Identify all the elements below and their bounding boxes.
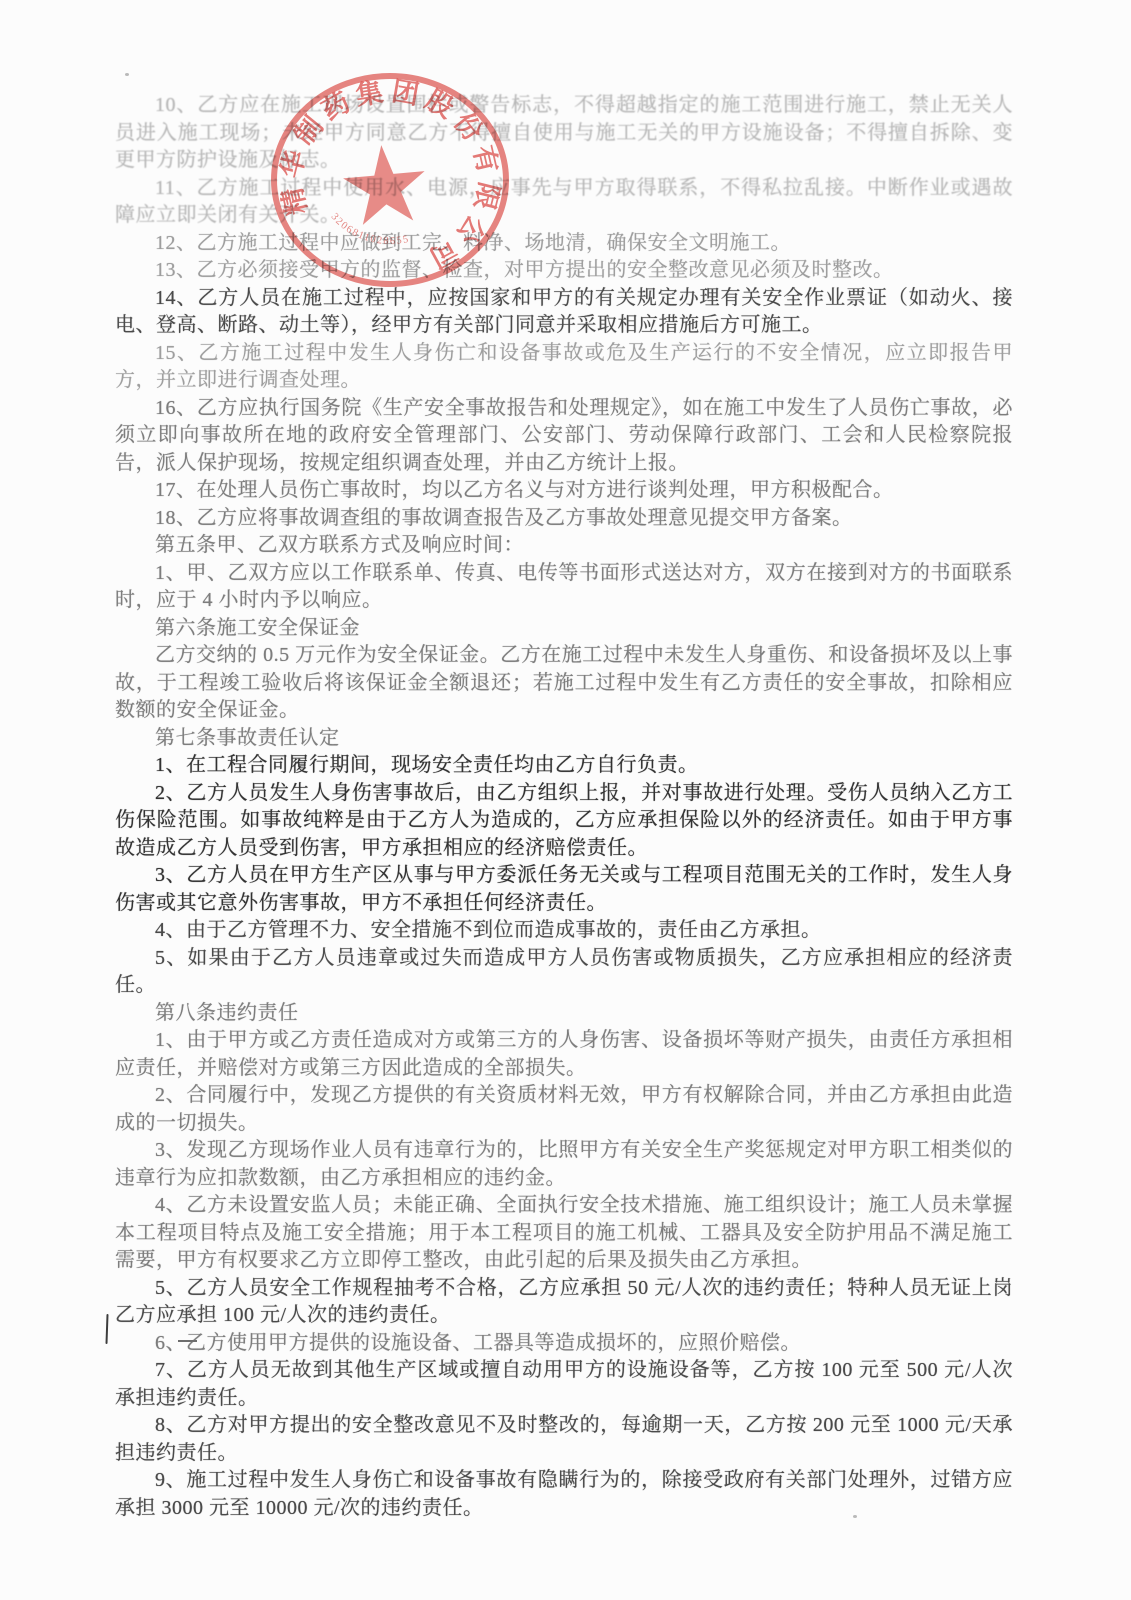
- section-heading-article7: 第七条事故责任认定: [115, 725, 1013, 753]
- clause-paragraph: 3、乙方人员在甲方生产区从事与甲方委派任务无关或与工程项目范围无关的工作时，发生…: [115, 862, 1013, 917]
- contract-body: 10、乙方应在施工现场设置围栏或警告标志，不得超越指定的施工范围进行施工，禁止无…: [115, 92, 1013, 1522]
- clause-paragraph: 1、在工程合同履行期间，现场安全责任均由乙方自行负责。: [115, 752, 1013, 780]
- clause-paragraph: 12、乙方施工过程中应做到工完、料净、场地清，确保安全文明施工。: [115, 230, 1013, 258]
- clause-paragraph: 10、乙方应在施工现场设置围栏或警告标志，不得超越指定的施工范围进行施工，禁止无…: [115, 92, 1013, 175]
- clause-paragraph: 4、乙方未设置安监人员；未能正确、全面执行安全技术措施、施工组织设计；施工人员未…: [115, 1192, 1013, 1275]
- clause-paragraph: 4、由于乙方管理不力、安全措施不到位而造成事故的，责任由乙方承担。: [115, 917, 1013, 945]
- clause-paragraph: 8、乙方对甲方提出的安全整改意见不及时整改的，每逾期一天，乙方按 200 元至 …: [115, 1412, 1013, 1467]
- clause-paragraph: 1、甲、乙双方应以工作联系单、传真、电传等书面形式送达对方，双方在接到对方的书面…: [115, 560, 1013, 615]
- scanned-contract-page: 10、乙方应在施工现场设置围栏或警告标志，不得超越指定的施工范围进行施工，禁止无…: [0, 0, 1131, 1600]
- clause-paragraph: 9、施工过程中发生人身伤亡和设备事故有隐瞒行为的，除接受政府有关部门处理外，过错…: [115, 1467, 1013, 1522]
- clause-paragraph: 3、发现乙方现场作业人员有违章行为的，比照甲方有关安全生产奖惩规定对甲方职工相类…: [115, 1137, 1013, 1192]
- clause-paragraph: 2、乙方人员发生人身伤害事故后，由乙方组织上报，并对事故进行处理。受伤人员纳入乙…: [115, 780, 1013, 863]
- scan-speck: [125, 73, 129, 76]
- clause-paragraph: 17、在处理人员伤亡事故时，均以乙方名义与对方进行谈判处理，甲方积极配合。: [115, 477, 1013, 505]
- section-heading-article8: 第八条违约责任: [115, 1000, 1013, 1028]
- clause-paragraph: 6、乙方使用甲方提供的设施设备、工器具等造成损坏的，应照价赔偿。: [115, 1330, 1013, 1358]
- clause-paragraph: 14、乙方人员在施工过程中，应按国家和甲方的有关规定办理有关安全作业票证（如动火…: [115, 285, 1013, 340]
- clause-paragraph: 乙方交纳的 0.5 万元作为安全保证金。乙方在施工过程中未发生人身重伤、和设备损…: [115, 642, 1013, 725]
- pen-mark-vertical: [105, 1314, 108, 1344]
- clause-paragraph: 13、乙方必须接受甲方的监督、检查，对甲方提出的安全整改意见必须及时整改。: [115, 257, 1013, 285]
- clause-paragraph: 7、乙方人员无故到其他生产区域或擅自动用甲方的设施设备等，乙方按 100 元至 …: [115, 1357, 1013, 1412]
- clause-paragraph: 5、如果由于乙方人员违章或过失而造成甲方人员伤害或物质损失，乙方应承担相应的经济…: [115, 945, 1013, 1000]
- clause-paragraph: 11、乙方施工过程中使用水、电源，应事先与甲方取得联系，不得私拉乱接。中断作业或…: [115, 175, 1013, 230]
- clause-paragraph: 1、由于甲方或乙方责任造成对方或第三方的人身伤害、设备损坏等财产损失，由责任方承…: [115, 1027, 1013, 1082]
- section-heading-article5: 第五条甲、乙双方联系方式及响应时间：: [115, 532, 1013, 560]
- scan-speck: [853, 1515, 857, 1518]
- clause-paragraph: 2、合同履行中，发现乙方提供的有关资质材料无效，甲方有权解除合同，并由乙方承担由…: [115, 1082, 1013, 1137]
- clause-paragraph: 15、乙方施工过程中发生人身伤亡和设备事故或危及生产运行的不安全情况，应立即报告…: [115, 340, 1013, 395]
- clause-paragraph: 18、乙方应将事故调查组的事故调查报告及乙方事故处理意见提交甲方备案。: [115, 505, 1013, 533]
- clause-paragraph: 5、乙方人员安全工作规程抽考不合格，乙方应承担 50 元/人次的违约责任；特种人…: [115, 1275, 1013, 1330]
- pen-mark-underline: [178, 1340, 197, 1342]
- section-heading-article6: 第六条施工安全保证金: [115, 615, 1013, 643]
- clause-paragraph: 16、乙方应执行国务院《生产安全事故报告和处理规定》，如在施工中发生了人员伤亡事…: [115, 395, 1013, 478]
